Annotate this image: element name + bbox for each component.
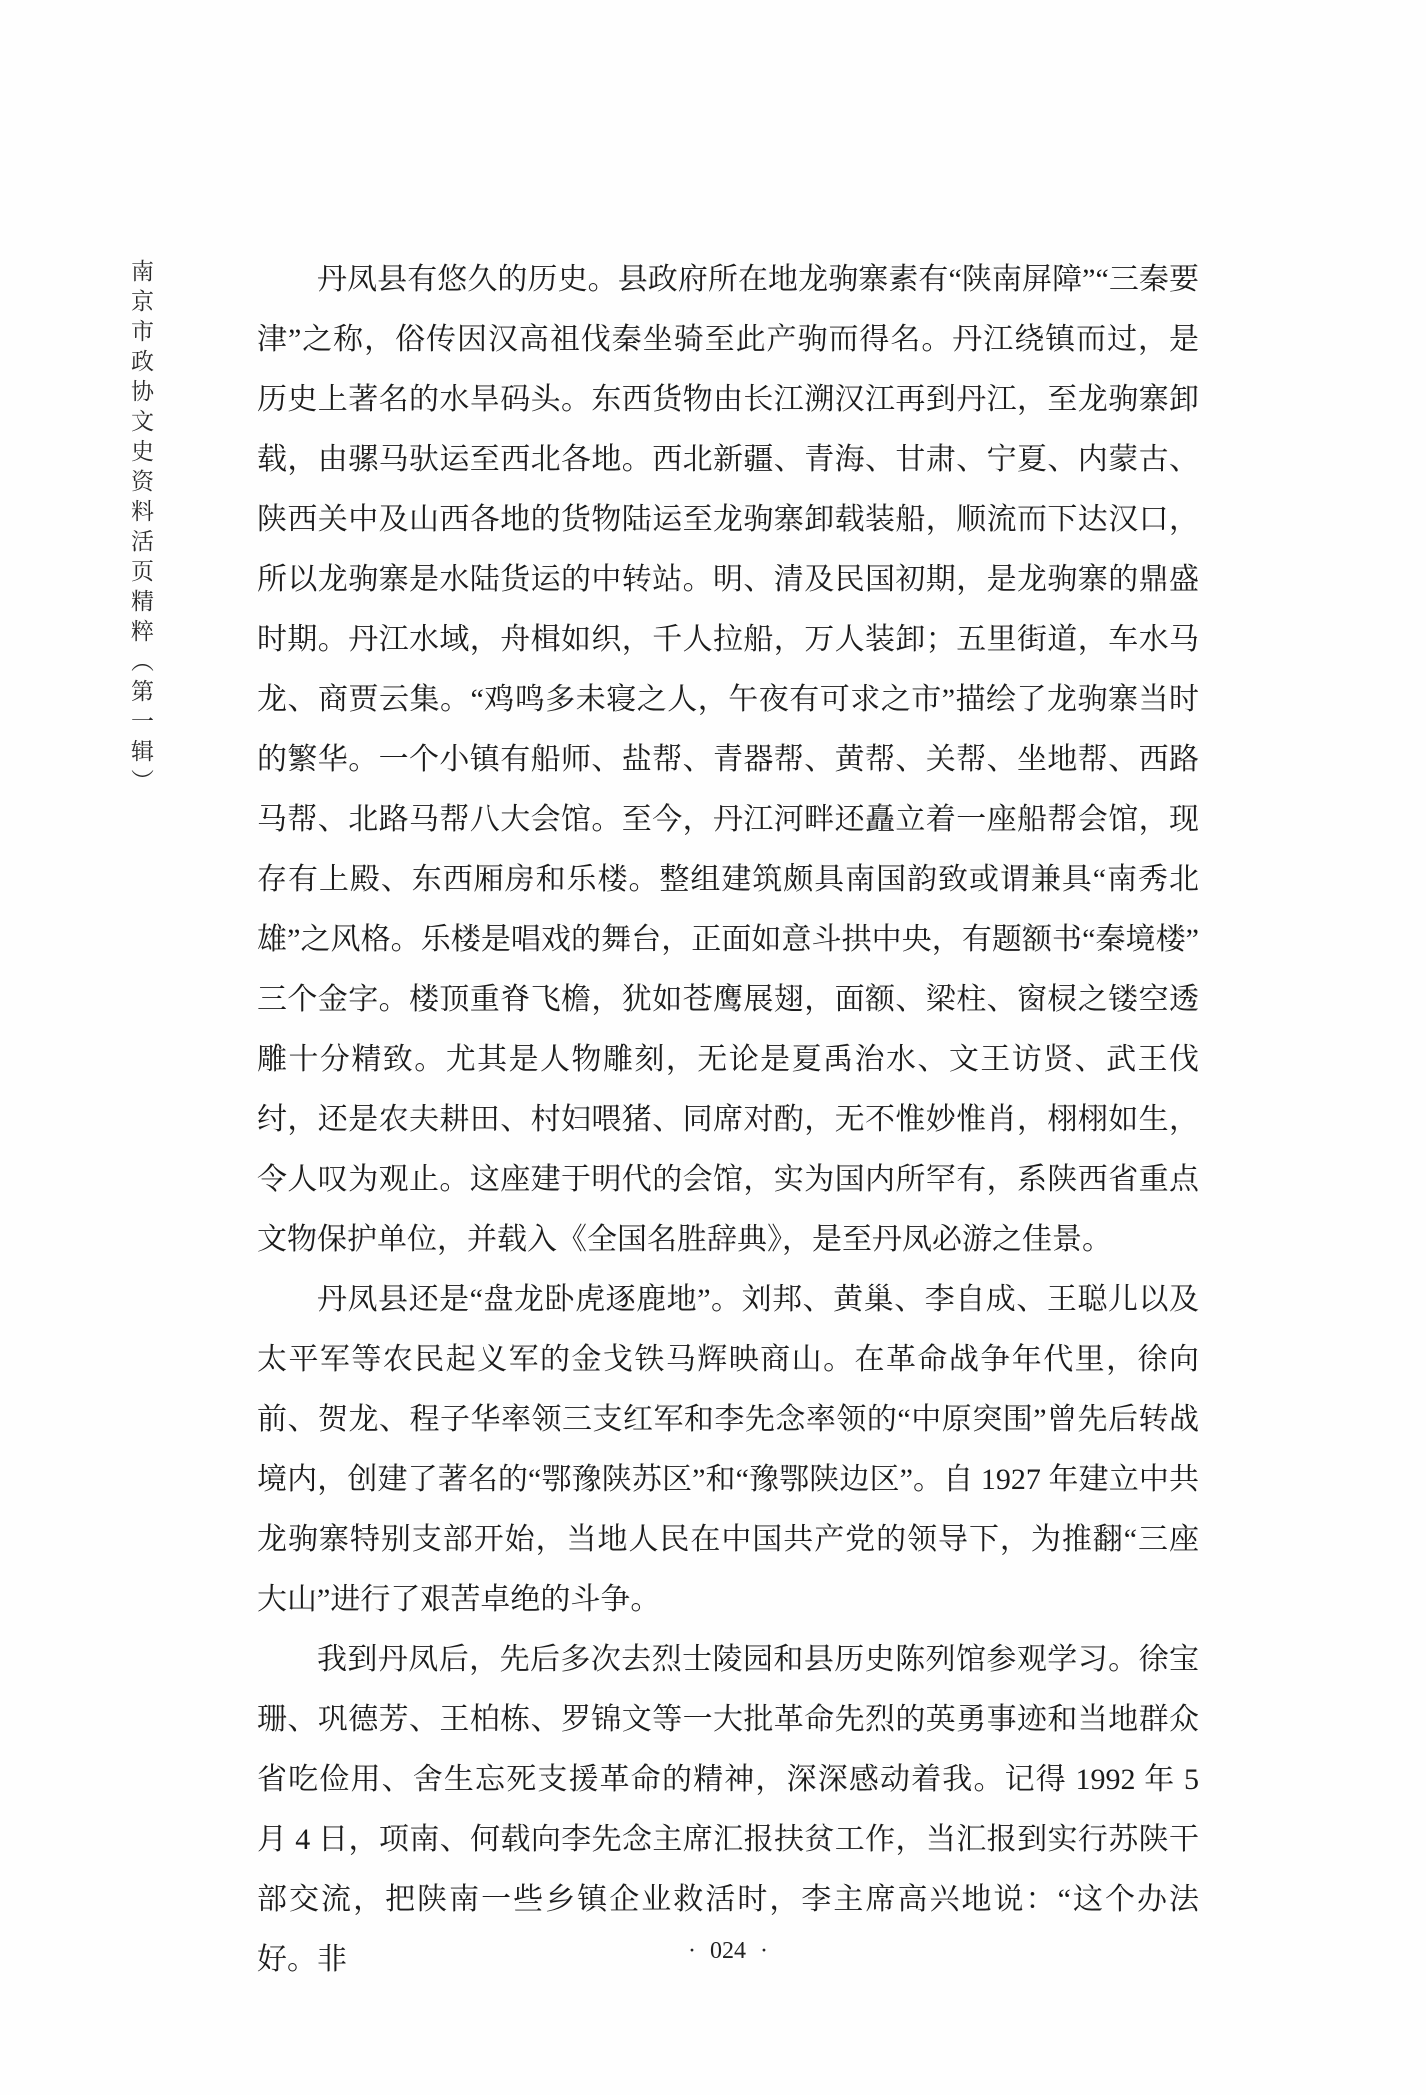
paragraph-revolution: 丹凤县还是“盘龙卧虎逐鹿地”。刘邦、黄巢、李自成、王聪儿以及太平军等农民起义军的… [257, 1270, 1199, 1630]
series-vertical-title: 南京市政协文史资料活页精粹（第一辑） [124, 259, 157, 799]
page-body: 丹凤县有悠久的历史。县政府所在地龙驹寨素有“陕南屏障”“三秦要津”之称，俗传因汉… [257, 250, 1199, 1990]
book-page: 南京市政协文史资料活页精粹（第一辑） 丹凤县有悠久的历史。县政府所在地龙驹寨素有… [0, 0, 1426, 2095]
page-number: · 024 · [257, 1938, 1199, 1965]
paragraph-visit: 我到丹凤后，先后多次去烈士陵园和县历史陈列馆参观学习。徐宝珊、巩德芳、王柏栋、罗… [257, 1630, 1199, 1990]
paragraph-history: 丹凤县有悠久的历史。县政府所在地龙驹寨素有“陕南屏障”“三秦要津”之称，俗传因汉… [257, 250, 1199, 1270]
